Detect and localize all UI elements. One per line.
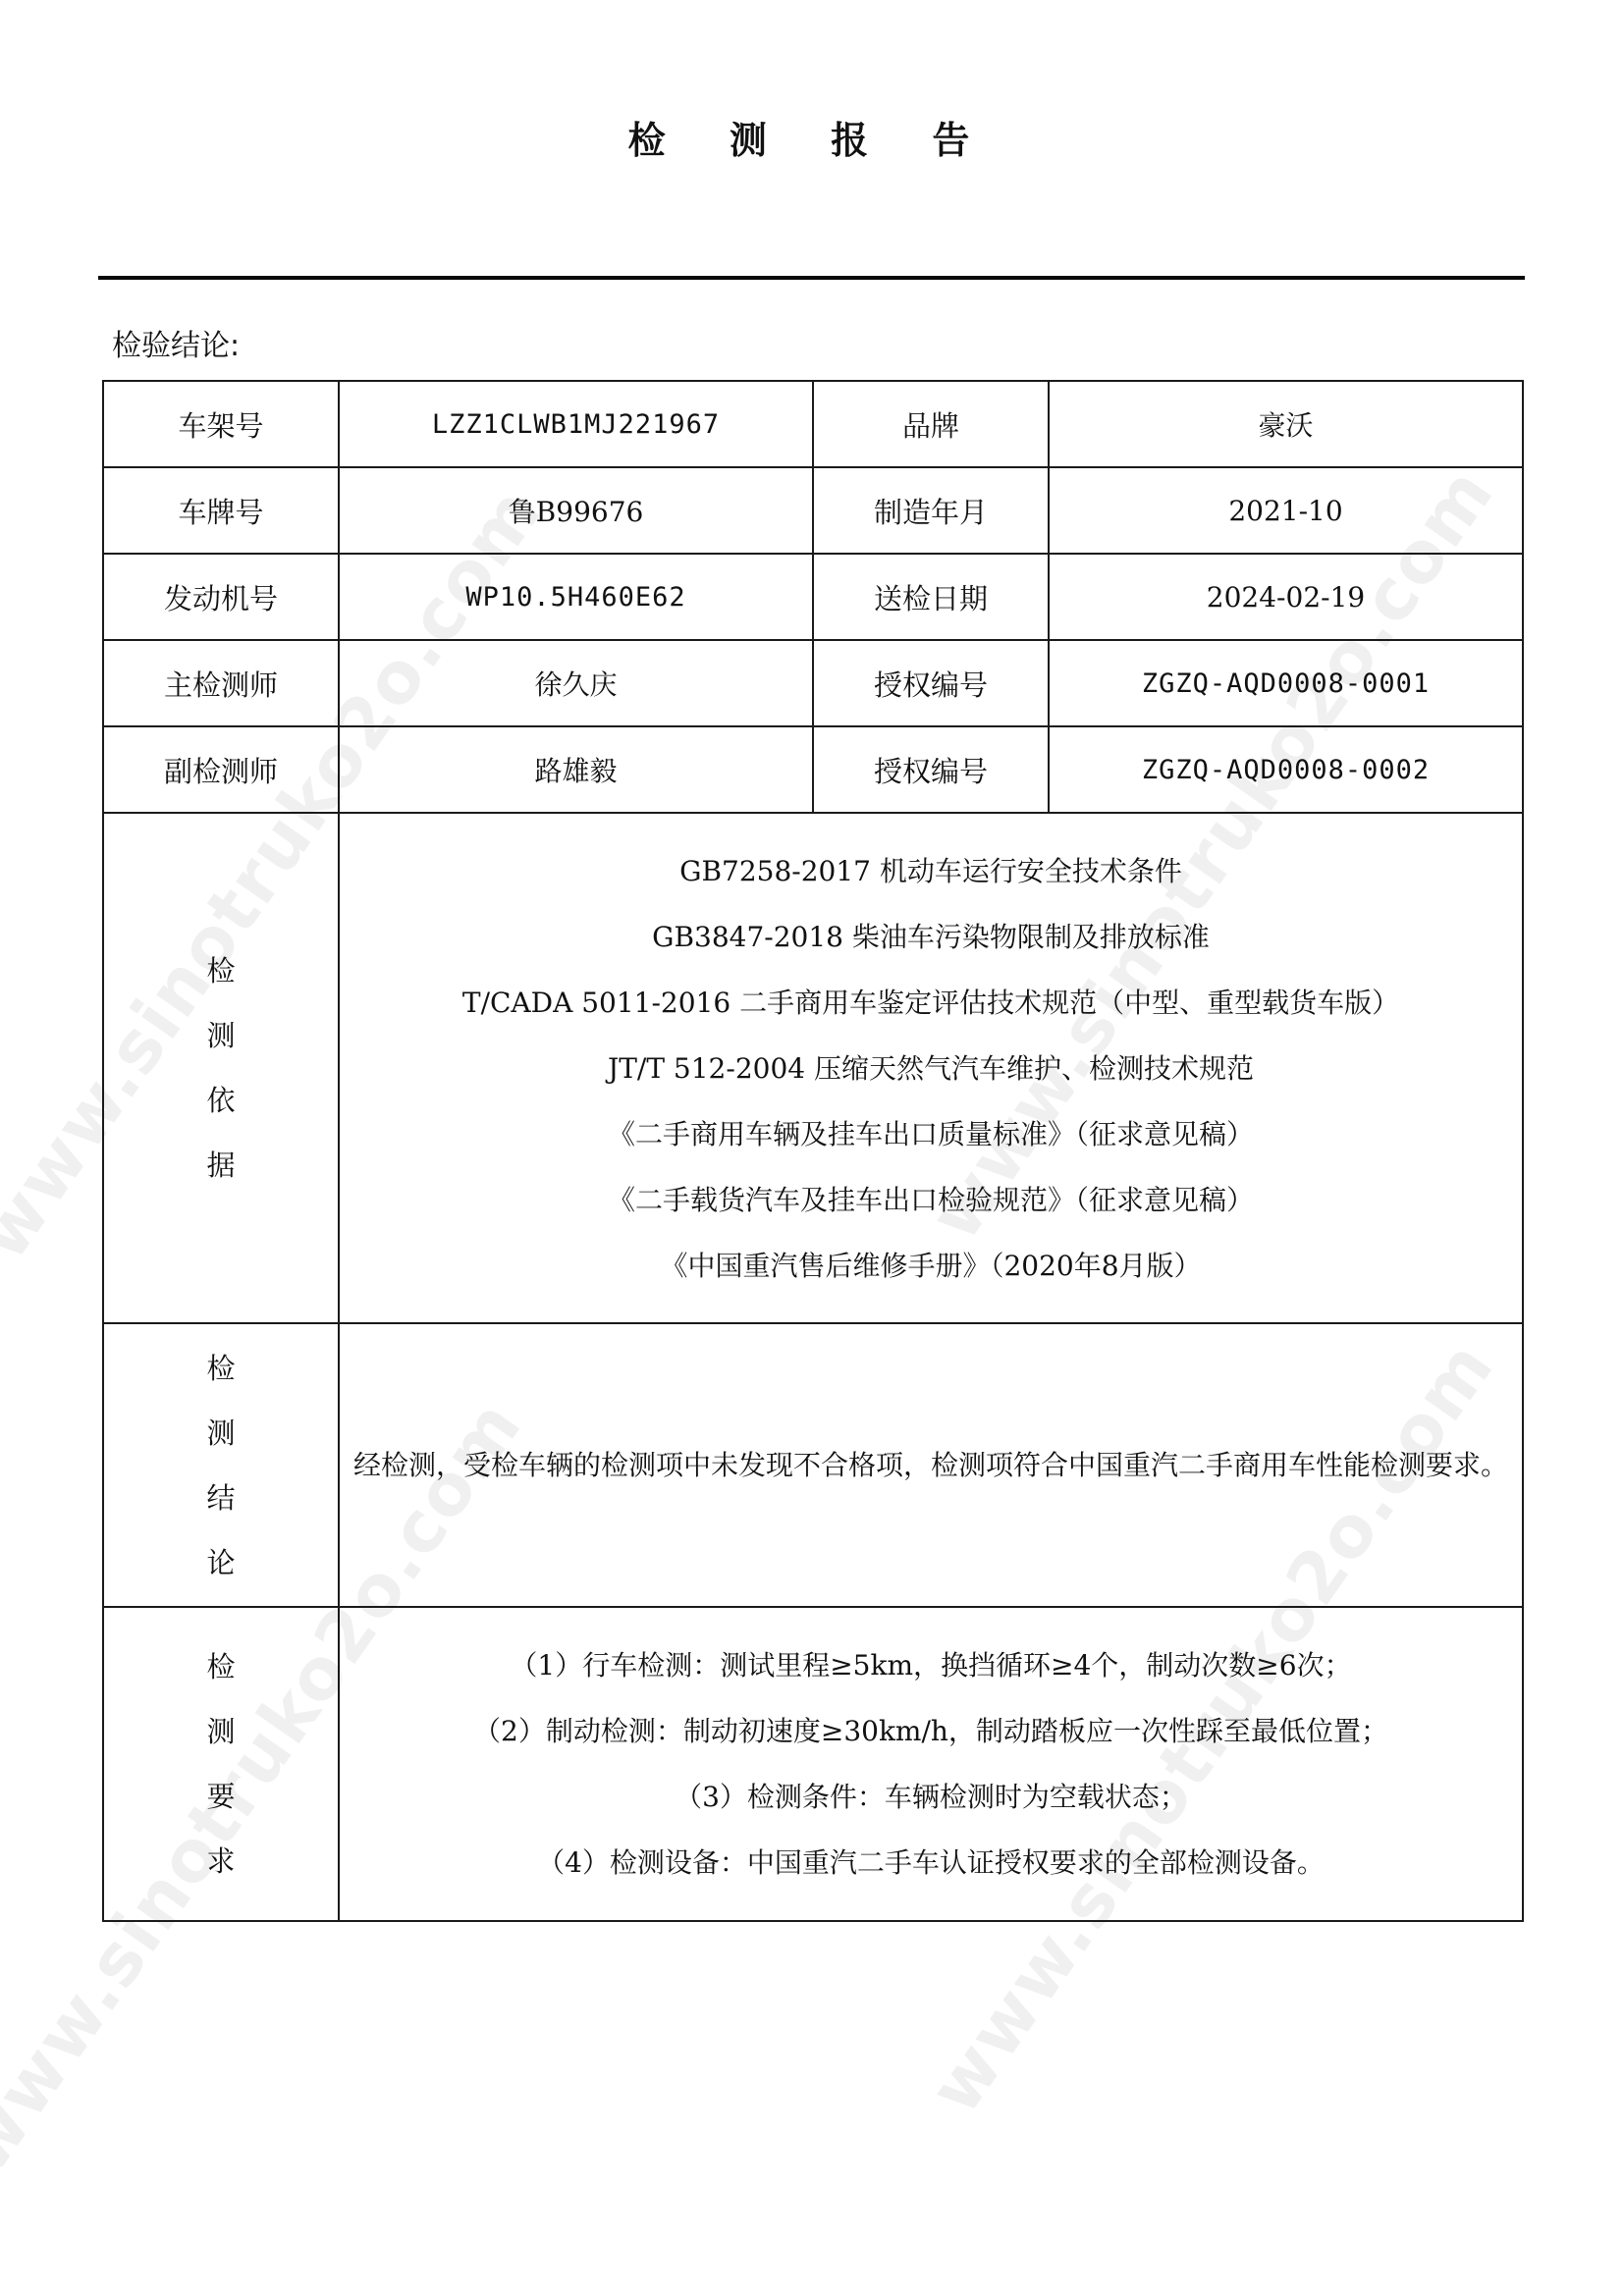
value-auth-number-2: ZGZQ-AQD0008-0002: [1049, 726, 1523, 813]
requirement-item: （2）制动检测：制动初速度≥30km/h，制动踏板应一次性踩至最低位置；: [340, 1698, 1522, 1764]
value-brand: 豪沃: [1049, 381, 1523, 467]
requirements-list: （1）行车检测：测试里程≥5km，换挡循环≥4个，制动次数≥6次； （2）制动检…: [340, 1632, 1522, 1896]
basis-list: GB7258-2017 机动车运行安全技术条件 GB3847-2018 柴油车污…: [340, 838, 1522, 1299]
conclusion-content: 经检测，受检车辆的检测项中未发现不合格项，检测项符合中国重汽二手商用车性能检测要…: [339, 1323, 1523, 1607]
value-inspection-date: 2024-02-19: [1049, 554, 1523, 640]
requirement-item: （4）检测设备：中国重汽二手车认证授权要求的全部检测设备。: [340, 1830, 1522, 1896]
label-basis: 检 测 依 据: [103, 813, 339, 1323]
label-char: 依: [206, 1068, 235, 1133]
requirement-item: （1）行车检测：测试里程≥5km，换挡循环≥4个，制动次数≥6次；: [340, 1632, 1522, 1698]
value-vin: LZZ1CLWB1MJ221967: [339, 381, 813, 467]
label-char: 检: [206, 1634, 235, 1699]
value-deputy-inspector: 路雄毅: [339, 726, 813, 813]
table-row-vin: 车架号 LZZ1CLWB1MJ221967 品牌 豪沃: [103, 381, 1523, 467]
table-row-engine: 发动机号 WP10.5H460E62 送检日期 2024-02-19: [103, 554, 1523, 640]
basis-item: GB7258-2017 机动车运行安全技术条件: [340, 838, 1522, 904]
basis-item: 《二手商用车辆及挂车出口质量标准》（征求意见稿）: [340, 1101, 1522, 1167]
label-char: 论: [206, 1530, 235, 1595]
header-divider: [98, 276, 1525, 280]
vertical-label-basis: 检 测 依 据: [206, 938, 235, 1198]
label-plate: 车牌号: [103, 467, 339, 554]
label-requirements: 检 测 要 求: [103, 1607, 339, 1921]
requirement-item: （3）检测条件：车辆检测时为空载状态；: [340, 1764, 1522, 1830]
value-manufacture-date: 2021-10: [1049, 467, 1523, 554]
value-engine: WP10.5H460E62: [339, 554, 813, 640]
label-vin: 车架号: [103, 381, 339, 467]
inspection-table: 车架号 LZZ1CLWB1MJ221967 品牌 豪沃 车牌号 鲁B99676 …: [102, 380, 1524, 1922]
label-char: 测: [206, 1003, 235, 1068]
vertical-label-conclusion: 检 测 结 论: [206, 1336, 235, 1595]
conclusion-text: 经检测，受检车辆的检测项中未发现不合格项，检测项符合中国重汽二手商用车性能检测要…: [340, 1432, 1522, 1498]
basis-content: GB7258-2017 机动车运行安全技术条件 GB3847-2018 柴油车污…: [339, 813, 1523, 1323]
value-chief-inspector: 徐久庆: [339, 640, 813, 726]
basis-item: 《二手载货汽车及挂车出口检验规范》（征求意见稿）: [340, 1167, 1522, 1233]
label-chief-inspector: 主检测师: [103, 640, 339, 726]
basis-item: JT/T 512-2004 压缩天然气汽车维护、检测技术规范: [340, 1036, 1522, 1101]
table-row-conclusion: 检 测 结 论 经检测，受检车辆的检测项中未发现不合格项，检测项符合中国重汽二手…: [103, 1323, 1523, 1607]
label-char: 结: [206, 1466, 235, 1530]
label-engine: 发动机号: [103, 554, 339, 640]
label-auth-number-2: 授权编号: [813, 726, 1049, 813]
table-row-chief-inspector: 主检测师 徐久庆 授权编号 ZGZQ-AQD0008-0001: [103, 640, 1523, 726]
requirements-content: （1）行车检测：测试里程≥5km，换挡循环≥4个，制动次数≥6次； （2）制动检…: [339, 1607, 1523, 1921]
label-conclusion: 检 测 结 论: [103, 1323, 339, 1607]
value-auth-number-1: ZGZQ-AQD0008-0001: [1049, 640, 1523, 726]
label-char: 求: [206, 1829, 235, 1894]
label-brand: 品牌: [813, 381, 1049, 467]
label-char: 检: [206, 938, 235, 1003]
label-char: 测: [206, 1699, 235, 1764]
basis-item: 《中国重汽售后维修手册》（2020年8月版）: [340, 1233, 1522, 1299]
table-row-basis: 检 测 依 据 GB7258-2017 机动车运行安全技术条件 GB3847-2…: [103, 813, 1523, 1323]
label-char: 测: [206, 1401, 235, 1466]
basis-item: T/CADA 5011-2016 二手商用车鉴定评估技术规范（中型、重型载货车版…: [340, 970, 1522, 1036]
table-row-deputy-inspector: 副检测师 路雄毅 授权编号 ZGZQ-AQD0008-0002: [103, 726, 1523, 813]
basis-item: GB3847-2018 柴油车污染物限制及排放标准: [340, 904, 1522, 970]
table-row-requirements: 检 测 要 求 （1）行车检测：测试里程≥5km，换挡循环≥4个，制动次数≥6次…: [103, 1607, 1523, 1921]
label-inspection-date: 送检日期: [813, 554, 1049, 640]
label-char: 检: [206, 1336, 235, 1401]
label-deputy-inspector: 副检测师: [103, 726, 339, 813]
label-auth-number-1: 授权编号: [813, 640, 1049, 726]
label-manufacture-date: 制造年月: [813, 467, 1049, 554]
label-char: 据: [206, 1133, 235, 1198]
value-plate: 鲁B99676: [339, 467, 813, 554]
label-char: 要: [206, 1764, 235, 1829]
table-row-plate: 车牌号 鲁B99676 制造年月 2021-10: [103, 467, 1523, 554]
report-title: 检 测 报 告: [0, 110, 1623, 164]
section-label: 检验结论:: [112, 321, 240, 364]
vertical-label-requirements: 检 测 要 求: [206, 1634, 235, 1894]
